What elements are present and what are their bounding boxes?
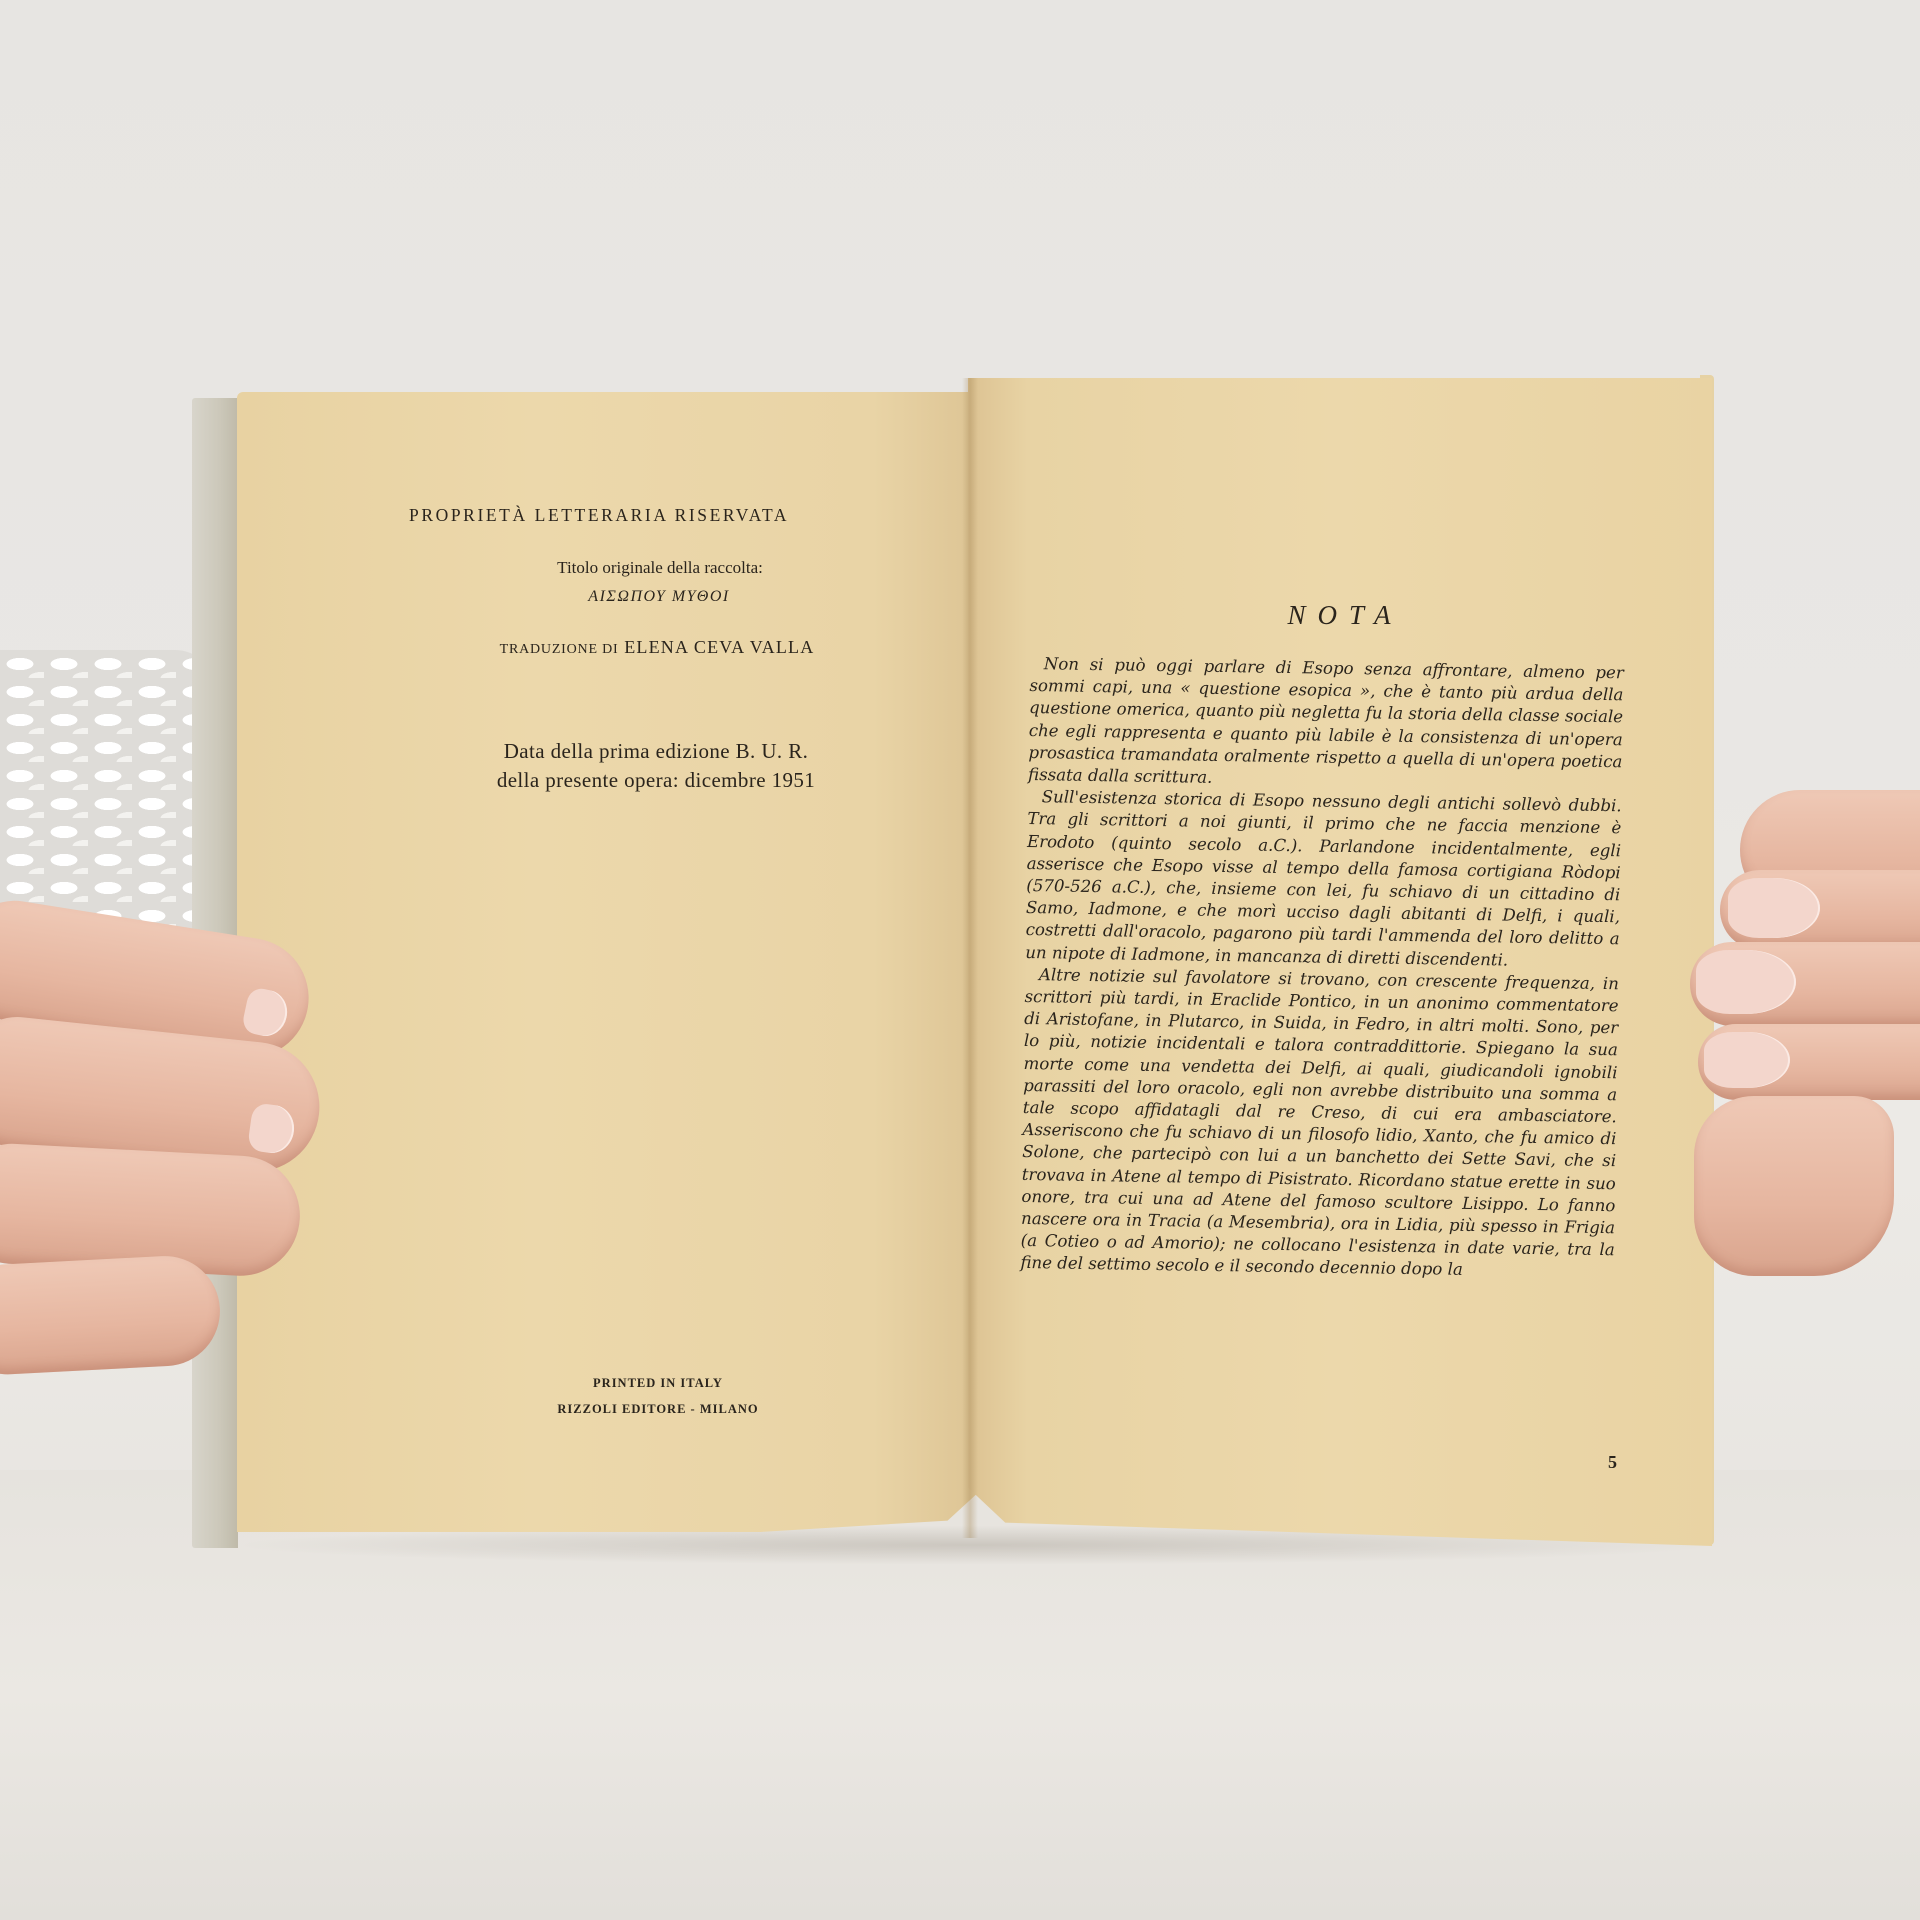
right-page-content: NOTA Non si può oggi parlare di Esopo se… bbox=[1030, 600, 1624, 1275]
paragraph: Sull'esistenza storica di Esopo nessuno … bbox=[1025, 786, 1622, 973]
right-nail-ring bbox=[1704, 1032, 1790, 1088]
printed-in: PRINTED IN ITALY bbox=[331, 1370, 985, 1396]
translator-name: ELENA CEVA VALLA bbox=[624, 637, 814, 657]
right-hand bbox=[1700, 770, 1920, 1330]
original-title-greek: ΑΙΣΩΠΟΥ ΜΥΘΟΙ bbox=[237, 588, 985, 606]
right-thumb bbox=[1694, 1096, 1894, 1276]
right-nail-index bbox=[1728, 878, 1820, 938]
left-hand bbox=[0, 900, 320, 1460]
translation-credit: Traduzione di ELENA CEVA VALLA bbox=[237, 637, 985, 658]
body-text: Non si può oggi parlare di Esopo senza a… bbox=[1020, 653, 1624, 1284]
rights-notice: PROPRIETÀ LETTERARIA RISERVATA bbox=[237, 505, 985, 526]
first-edition-line-1: Data della prima edizione B. U. R. bbox=[327, 737, 985, 766]
page-number: 5 bbox=[1608, 1452, 1617, 1473]
paragraph: Altre notizie sul favolatore si trovano,… bbox=[1020, 964, 1619, 1284]
publisher: RIZZOLI EDITORE - MILANO bbox=[331, 1396, 985, 1422]
chapter-title: NOTA bbox=[1066, 600, 1624, 631]
first-edition-note: Data della prima edizione B. U. R. della… bbox=[237, 737, 985, 795]
original-title-label: Titolo originale della raccolta: bbox=[237, 558, 985, 578]
left-finger-little bbox=[0, 1253, 223, 1376]
right-nail-middle bbox=[1696, 950, 1796, 1014]
first-edition-line-2: della presente opera: dicembre 1951 bbox=[327, 766, 985, 795]
left-page-content: PROPRIETÀ LETTERARIA RISERVATA Titolo or… bbox=[237, 392, 985, 1532]
imprint: PRINTED IN ITALY RIZZOLI EDITORE - MILAN… bbox=[237, 1370, 985, 1422]
paragraph: Non si può oggi parlare di Esopo senza a… bbox=[1028, 653, 1624, 796]
translation-prefix: Traduzione di bbox=[500, 642, 619, 657]
